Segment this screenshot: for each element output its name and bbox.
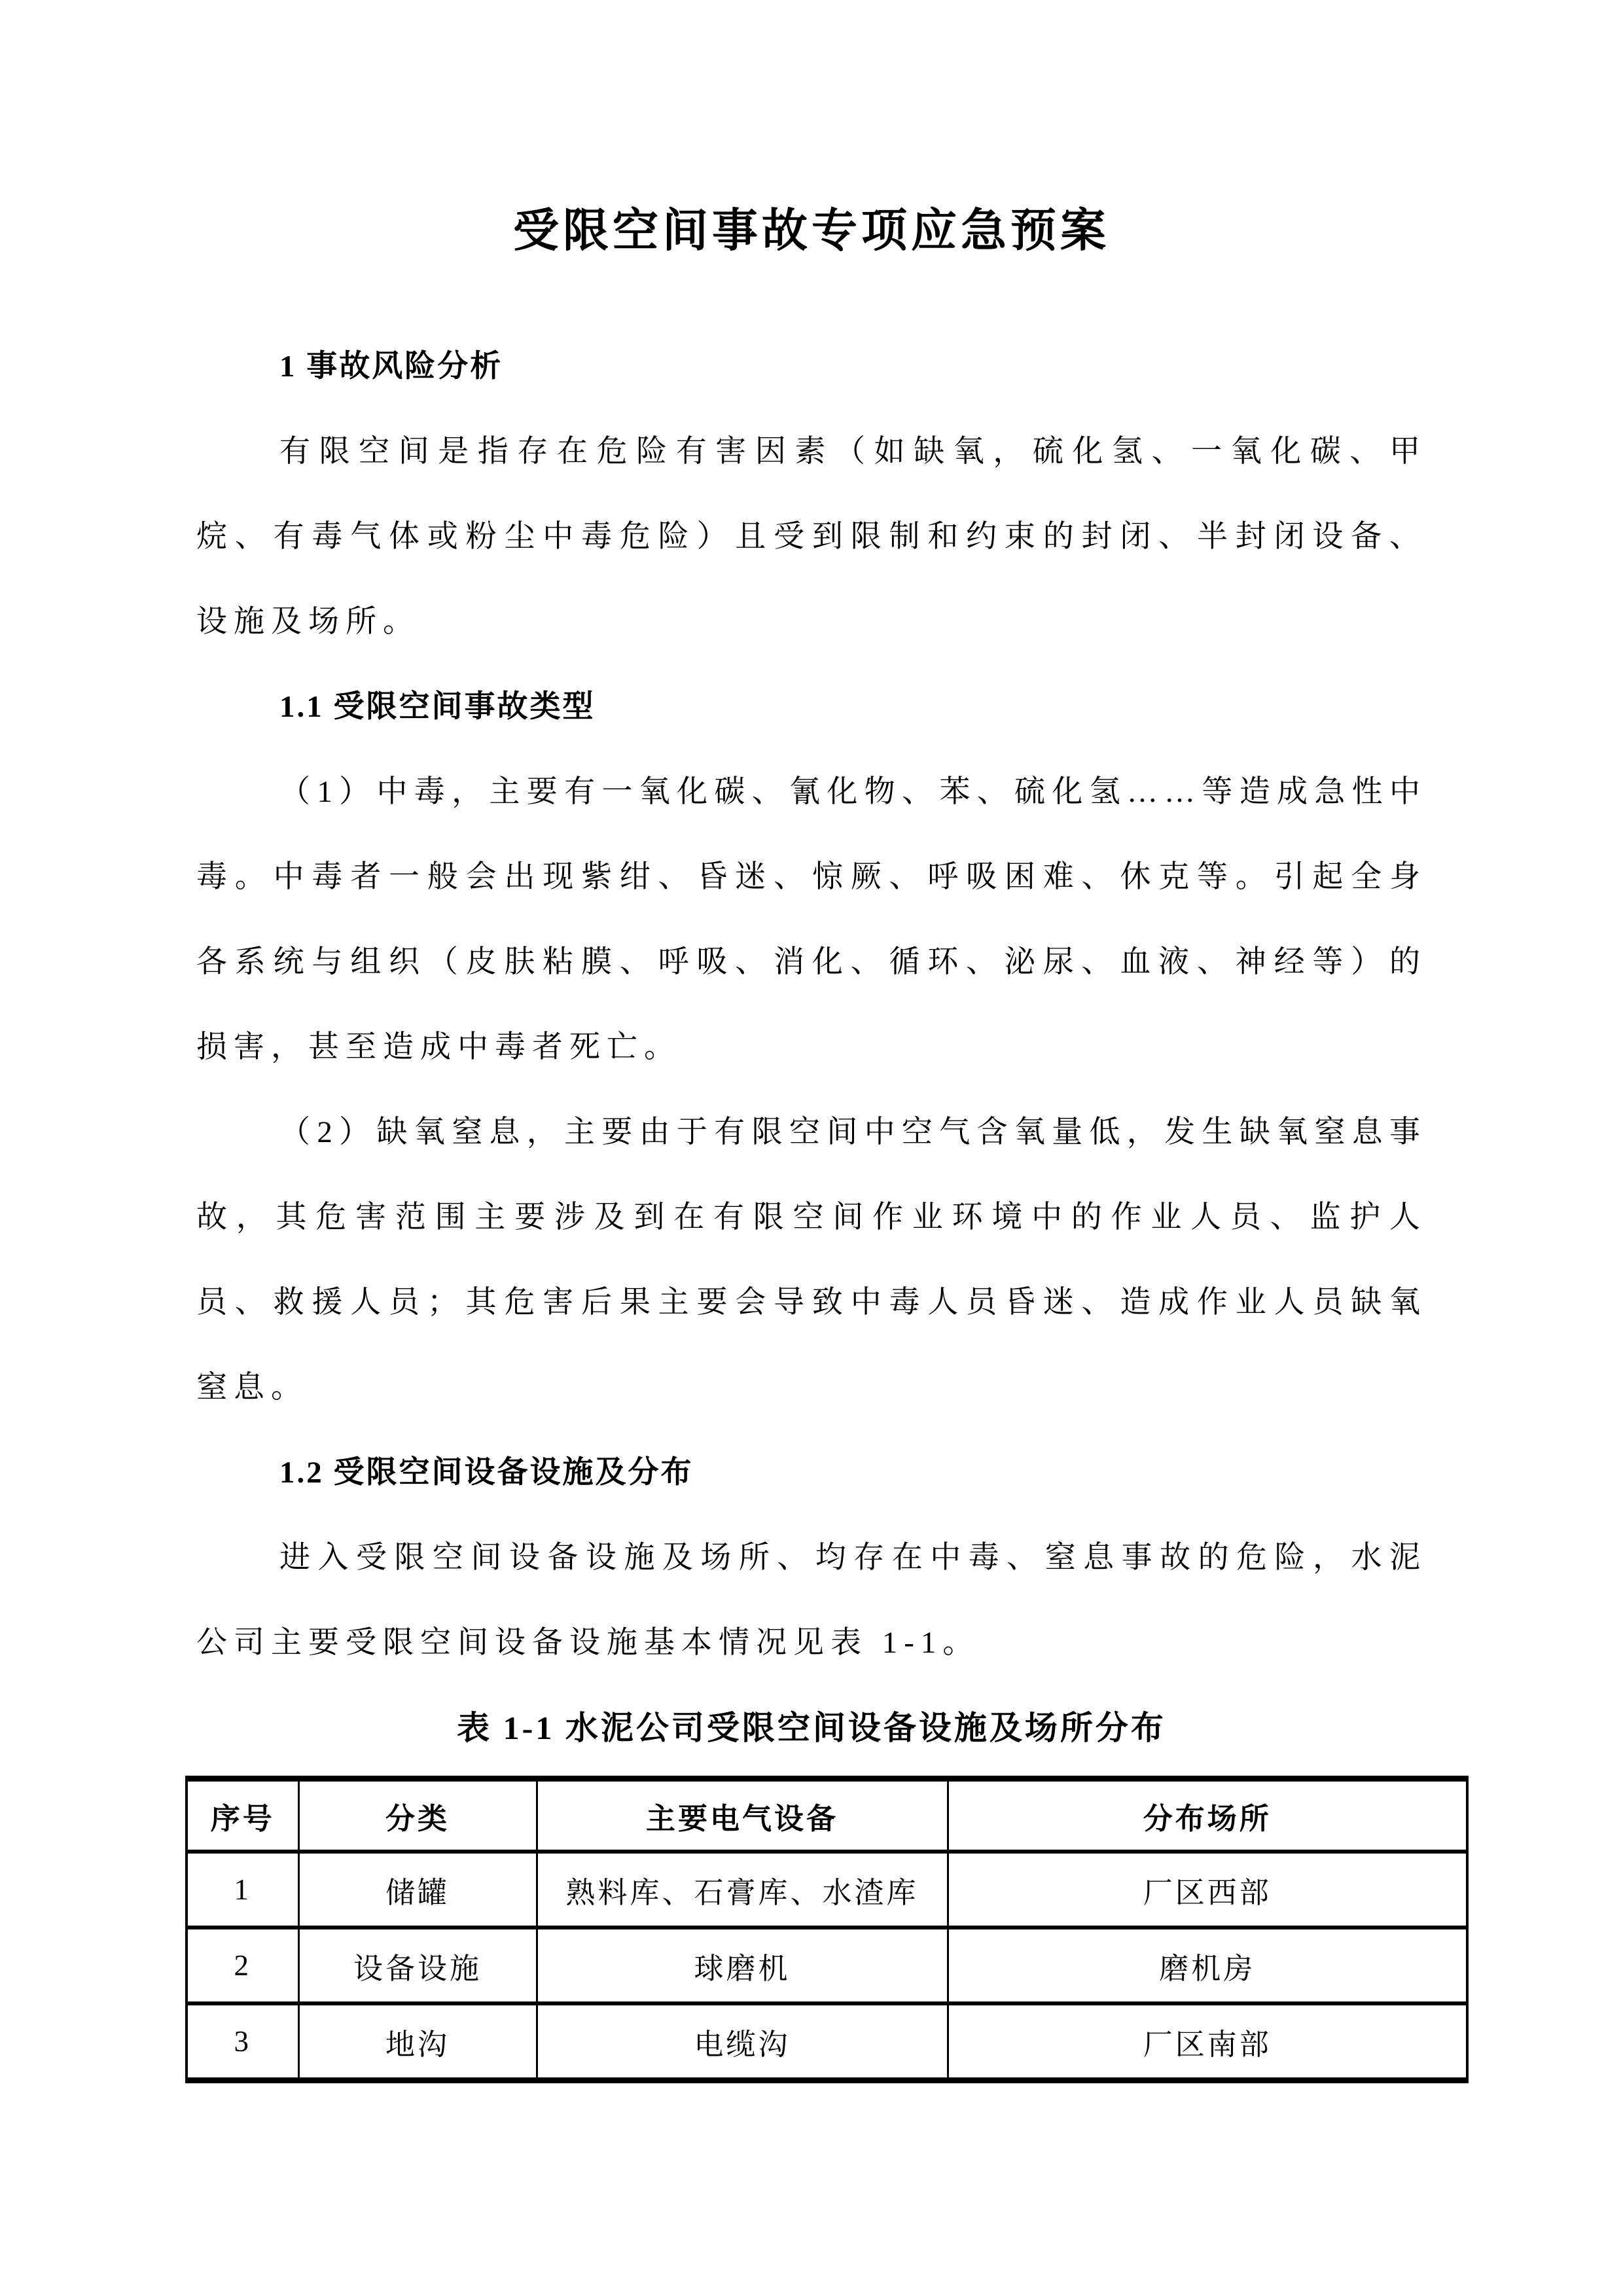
section-heading-1-2: 1.2 受限空间设备设施及分布 — [196, 1430, 1427, 1515]
table-row: 3 地沟 电缆沟 厂区南部 — [187, 2003, 1467, 2081]
body-paragraph: 有限空间是指存在危险有害因素（如缺氧，硫化氢、一氧化碳、甲烷、有毒气体或粉尘中毒… — [196, 409, 1427, 664]
body-paragraph: （1）中毒，主要有一氧化碳、氰化物、苯、硫化氢……等造成急性中毒。中毒者一般会出… — [196, 749, 1427, 1090]
table-row: 2 设备设施 球磨机 磨机房 — [187, 1928, 1467, 2003]
table-cell: 2 — [187, 1928, 298, 2003]
table-cell: 熟料库、石膏库、水渣库 — [537, 1852, 948, 1928]
table-cell: 3 — [187, 2003, 298, 2081]
table-cell: 厂区西部 — [948, 1852, 1467, 1928]
table-cell: 1 — [187, 1852, 298, 1928]
document-page: 受限空间事故专项应急预案 1 事故风险分析 有限空间是指存在危险有害因素（如缺氧… — [0, 0, 1623, 2296]
table-cell: 电缆沟 — [537, 2003, 948, 2081]
table-caption: 表 1-1 水泥公司受限空间设备设施及场所分布 — [196, 1685, 1427, 1770]
body-paragraph: （2）缺氧窒息，主要由于有限空间中空气含氧量低，发生缺氧窒息事故，其危害范围主要… — [196, 1090, 1427, 1430]
table-cell: 磨机房 — [948, 1928, 1467, 2003]
section-heading-1: 1 事故风险分析 — [196, 324, 1427, 409]
table-cell: 地沟 — [298, 2003, 537, 2081]
table-cell: 储罐 — [298, 1852, 537, 1928]
table-header-row: 序号 分类 主要电气设备 分布场所 — [187, 1779, 1467, 1852]
table-cell: 设备设施 — [298, 1928, 537, 2003]
confined-space-distribution-table: 序号 分类 主要电气设备 分布场所 1 储罐 熟料库、石膏库、水渣库 厂区西部 … — [185, 1776, 1469, 2083]
header-cell-loc: 分布场所 — [948, 1779, 1467, 1852]
body-paragraph: 进入受限空间设备设施及场所、均存在中毒、窒息事故的危险，水泥公司主要受限空间设备… — [196, 1515, 1427, 1685]
header-cell-cat: 分类 — [298, 1779, 537, 1852]
table-row: 1 储罐 熟料库、石膏库、水渣库 厂区西部 — [187, 1852, 1467, 1928]
document-title: 受限空间事故专项应急预案 — [196, 0, 1427, 268]
header-cell-dev: 主要电气设备 — [537, 1779, 948, 1852]
table-cell: 厂区南部 — [948, 2003, 1467, 2081]
header-cell-no: 序号 — [187, 1779, 298, 1852]
section-heading-1-1: 1.1 受限空间事故类型 — [196, 664, 1427, 749]
document-content: 受限空间事故专项应急预案 1 事故风险分析 有限空间是指存在危险有害因素（如缺氧… — [0, 0, 1623, 2083]
table-cell: 球磨机 — [537, 1928, 948, 2003]
